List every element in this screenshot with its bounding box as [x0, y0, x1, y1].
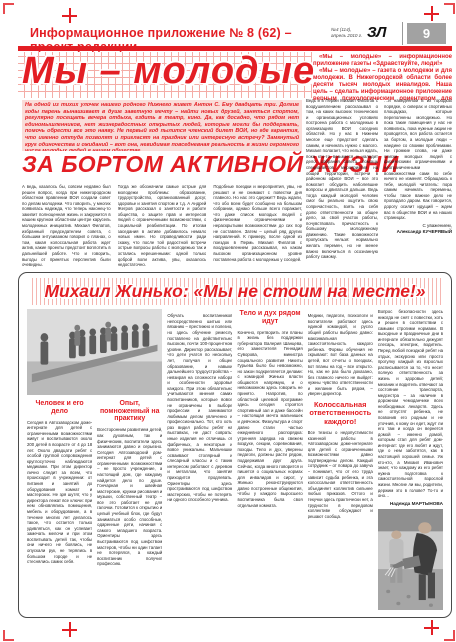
registration-cross-icon [424, 6, 439, 21]
article2-subhead-4: Колоссальная ответственность каждого! [308, 401, 373, 425]
feature-box: Михаил Жинько: «Мы не стоим на месте!» [18, 272, 452, 618]
issue-number: №4 (114), [331, 27, 351, 32]
article1-lead: На одной из тихих улочек нашего родного … [22, 100, 302, 151]
issue-date: апрель 2010 г. [331, 33, 362, 38]
article2-column-3: Обучать воспитанников непосредственно ши… [167, 309, 232, 610]
newspaper-logo: ЗЛ [367, 24, 386, 41]
crop-mark [3, 3, 14, 14]
article2-column-5: Медики, педагоги, психологи и воспитател… [308, 309, 373, 610]
article2-subhead-3: Тело и дух рядом идут [237, 310, 302, 325]
intro-paragraph: «Мы – молодые» – информационное приложен… [313, 54, 452, 68]
article2-column-3-text: Обучать воспитанников непосредственно ши… [167, 313, 232, 503]
article1-column-4: Ведь и в Перми Михаил Филатов с воодушев… [306, 98, 378, 268]
intro-paragraph: «Мы – молодые» – газета о молодежи и для… [313, 68, 452, 100]
article1-signature: С уважением, Александр КУЧЕРЯВЫЙ [384, 223, 452, 235]
crop-mark [444, 3, 455, 14]
article1-column-3: Подобные поездки и мероприятия, увы, не … [213, 184, 302, 268]
article2-column-4-text: Конечно, претворить эти планы в жизнь бе… [237, 330, 302, 509]
registration-cross-icon [62, 622, 77, 637]
article2-headline-strip: Михаил Жинько: «Мы не стоим на месте!» [29, 278, 441, 305]
masthead-intro: «Мы – молодые» – информационное приложен… [313, 54, 452, 100]
article2-headline: Михаил Жинько: «Мы не стоим на месте!» [44, 281, 425, 302]
registration-cross-icon [62, 8, 77, 23]
article2-column-1: Человек и его дело Сегодня в Автозаводск… [27, 399, 92, 610]
masthead-grid-background: Мы – молодые [18, 52, 312, 98]
article2-column-2-text: Всесторонним развитием детей, как духовн… [97, 427, 162, 566]
group-photo-image [27, 309, 162, 395]
issue-info: №4 (114), апрель 2010 г. [331, 27, 367, 38]
article1-column-1: А ведь, казалось бы, совсем недавно был … [22, 184, 111, 268]
signoff-text: С уважением, [422, 223, 452, 228]
article1-column-5-text: …и наведенном в их городках порядке, о с… [384, 98, 452, 221]
crop-mark [3, 630, 14, 641]
article2-column-1-text: Сегодня в Автозаводском доме-интернате д… [27, 420, 92, 565]
article2-subhead-1: Человек и его дело [27, 400, 92, 415]
article2-columns: Человек и его дело Сегодня в Автозаводск… [27, 309, 443, 610]
article2-author: Надежда МАРТЫНОВА [378, 501, 443, 506]
article2-column-5-text-bottom: Все тезисы о недопустимости казенной раб… [308, 430, 373, 519]
article1-author: Александр КУЧЕРЯВЫЙ [397, 229, 452, 234]
article1-columns: А ведь, казалось бы, совсем недавно был … [22, 184, 302, 268]
page-number: 9 [407, 23, 446, 44]
article2-column-6: Вопрос безопасности здесь никогда не сня… [378, 309, 443, 610]
masthead-title: Мы – молодые [22, 50, 315, 93]
article2-subhead-2: Опыт, помноженный на практику [97, 400, 162, 423]
article2-column-4: Тело и дух рядом идут Конечно, претворит… [237, 309, 302, 610]
article2-column-5-text-top: Медики, педагоги, психологи и воспитател… [308, 313, 373, 397]
watering-photo [378, 509, 443, 610]
registration-cross-icon [424, 620, 439, 635]
group-photo [27, 309, 162, 395]
article2-column-2: Опыт, помноженный на практику Всесторонн… [97, 399, 162, 610]
newspaper-page: Информационное приложение № 8 (62) – про… [0, 0, 456, 642]
article1-column-2: Тогда же обозначили самые острые для мол… [118, 184, 207, 268]
article1-column-5: …и наведенном в их городках порядке, о с… [384, 98, 452, 268]
header-divider [402, 22, 403, 45]
watering-photo-image [378, 509, 443, 610]
crop-mark [444, 630, 455, 641]
article2-column-6-text: Вопрос безопасности здесь никогда не сня… [378, 309, 443, 499]
